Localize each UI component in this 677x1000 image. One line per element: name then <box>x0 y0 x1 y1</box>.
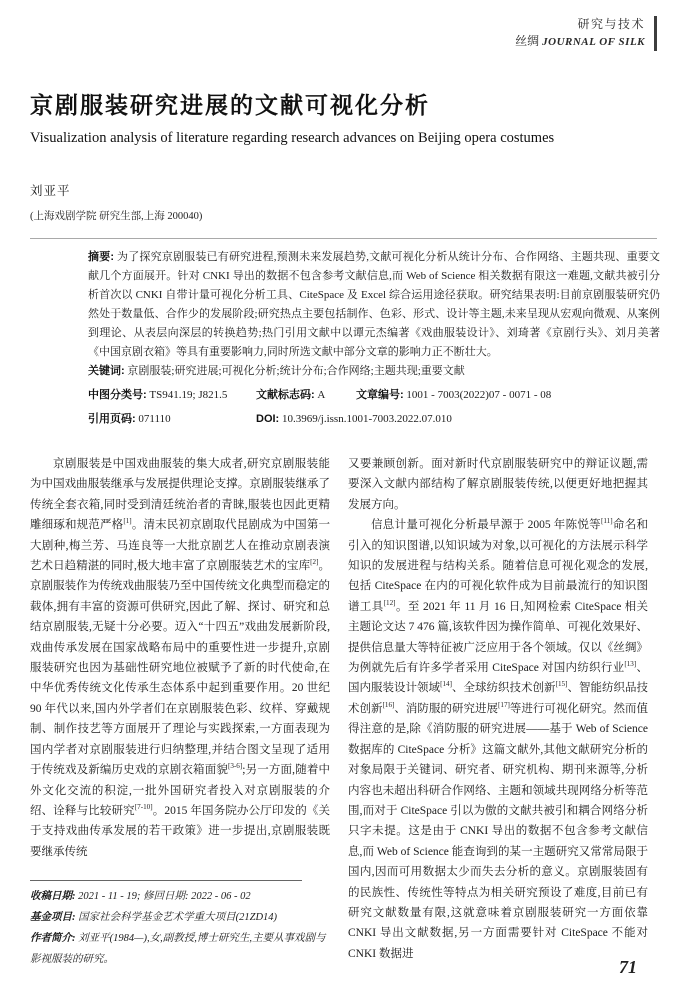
header-divider <box>30 238 657 239</box>
footnote-block: 收稿日期: 2021 - 11 - 19; 修回日期: 2022 - 06 - … <box>30 880 330 970</box>
right-column: 又要兼顾创新。面对新时代京剧服装研究中的辩证议题,需要深入文献内部结构了解京剧服… <box>348 454 648 970</box>
author-name: 刘亚平 <box>30 181 657 199</box>
page-header: 研究与技术 丝绸 JOURNAL OF SILK <box>30 16 657 51</box>
footnote-received-label: 收稿日期: <box>30 891 76 902</box>
footnote-received: 收稿日期: 2021 - 11 - 19; 修回日期: 2022 - 06 - … <box>30 886 330 907</box>
abstract: 摘要: 为了探究京剧服装已有研究进程,预测未来发展趋势,文献可视化分析从统计分布… <box>88 248 660 362</box>
doi-label: DOI: <box>256 413 279 425</box>
footnote-fund-label: 基金项目: <box>30 912 76 923</box>
left-column: 京剧服装是中国戏曲服装的集大成者,研究京剧服装能为中国戏曲服装继承与发展提供理论… <box>30 454 330 970</box>
article-meta-block: 摘要: 为了探究京剧服装已有研究进程,预测未来发展趋势,文献可视化分析从统计分布… <box>88 248 660 429</box>
footnote-divider <box>30 880 302 881</box>
cite-page-value: 071110 <box>138 413 170 425</box>
abstract-text: 为了探究京剧服装已有研究进程,预测未来发展趋势,文献可视化分析从统计分布、合作网… <box>88 251 660 358</box>
footnote-fund: 基金项目: 国家社会科学基金艺术学重大项目(21ZD14) <box>30 907 330 928</box>
journal-section-label: 研究与技术 <box>515 16 645 33</box>
footnote-bio-label: 作者简介: <box>30 933 76 944</box>
body-columns: 京剧服装是中国戏曲服装的集大成者,研究京剧服装能为中国戏曲服装继承与发展提供理论… <box>30 454 657 970</box>
body-paragraph-right-2: 信息计量可视化分析最早源于 2005 年陈悦等[11]命名和引入的知识图谱,以知… <box>348 515 648 964</box>
keywords-text: 京剧服装;研究进展;可视化分析;统计分布;合作网络;主题共现;重要文献 <box>127 365 464 377</box>
journal-name-cn: 丝绸 <box>515 34 539 48</box>
body-paragraph-right-1: 又要兼顾创新。面对新时代京剧服装研究中的辩证议题,需要深入文献内部结构了解京剧服… <box>348 454 648 515</box>
keywords: 关键词: 京剧服装;研究进展;可视化分析;统计分布;合作网络;主题共现;重要文献 <box>88 362 660 381</box>
footnote-fund-text: 国家社会科学基金艺术学重大项目(21ZD14) <box>78 912 277 923</box>
citation-row: 引用页码: 071110 DOI: 10.3969/j.issn.1001-70… <box>88 410 660 429</box>
cite-page-field: 引用页码: 071110 <box>88 410 256 429</box>
doc-code-value: A <box>317 389 325 401</box>
journal-name-line: 丝绸 JOURNAL OF SILK <box>515 33 645 51</box>
author-affiliation: (上海戏剧学院 研究生部,上海 200040) <box>30 208 657 223</box>
body-paragraph-left: 京剧服装是中国戏曲服装的集大成者,研究京剧服装能为中国戏曲服装继承与发展提供理论… <box>30 454 330 862</box>
journal-page: 研究与技术 丝绸 JOURNAL OF SILK 京剧服装研究进展的文献可视化分… <box>0 0 677 1000</box>
journal-name-en: JOURNAL OF SILK <box>542 36 645 48</box>
article-title-cn: 京剧服装研究进展的文献可视化分析 <box>30 87 657 120</box>
doi-field: DOI: 10.3969/j.issn.1001-7003.2022.07.01… <box>256 410 660 429</box>
page-number: 71 <box>619 957 637 978</box>
keywords-label: 关键词: <box>88 365 125 377</box>
doc-code-field: 文献标志码: A <box>256 386 356 405</box>
article-title-en: Visualization analysis of literature reg… <box>30 130 657 147</box>
doc-code-label: 文献标志码: <box>256 389 315 401</box>
journal-header-box: 研究与技术 丝绸 JOURNAL OF SILK <box>515 16 657 51</box>
classification-row: 中图分类号: TS941.19; J821.5 文献标志码: A 文章编号: 1… <box>88 386 660 405</box>
cite-page-label: 引用页码: <box>88 413 136 425</box>
doi-value: 10.3969/j.issn.1001-7003.2022.07.010 <box>282 413 452 425</box>
article-id-field: 文章编号: 1001 - 7003(2022)07 - 0071 - 08 <box>356 386 660 405</box>
abstract-label: 摘要: <box>88 251 114 263</box>
clc-value: TS941.19; J821.5 <box>149 389 227 401</box>
clc-label: 中图分类号: <box>88 389 147 401</box>
footnote-received-text: 2021 - 11 - 19; 修回日期: 2022 - 06 - 02 <box>78 891 250 902</box>
article-id-label: 文章编号: <box>356 389 404 401</box>
clc-field: 中图分类号: TS941.19; J821.5 <box>88 386 256 405</box>
article-id-value: 1001 - 7003(2022)07 - 0071 - 08 <box>406 389 551 401</box>
footnote-bio: 作者简介: 刘亚平(1984—),女,副教授,博士研究生,主要从事戏剧与影视服装… <box>30 928 330 970</box>
